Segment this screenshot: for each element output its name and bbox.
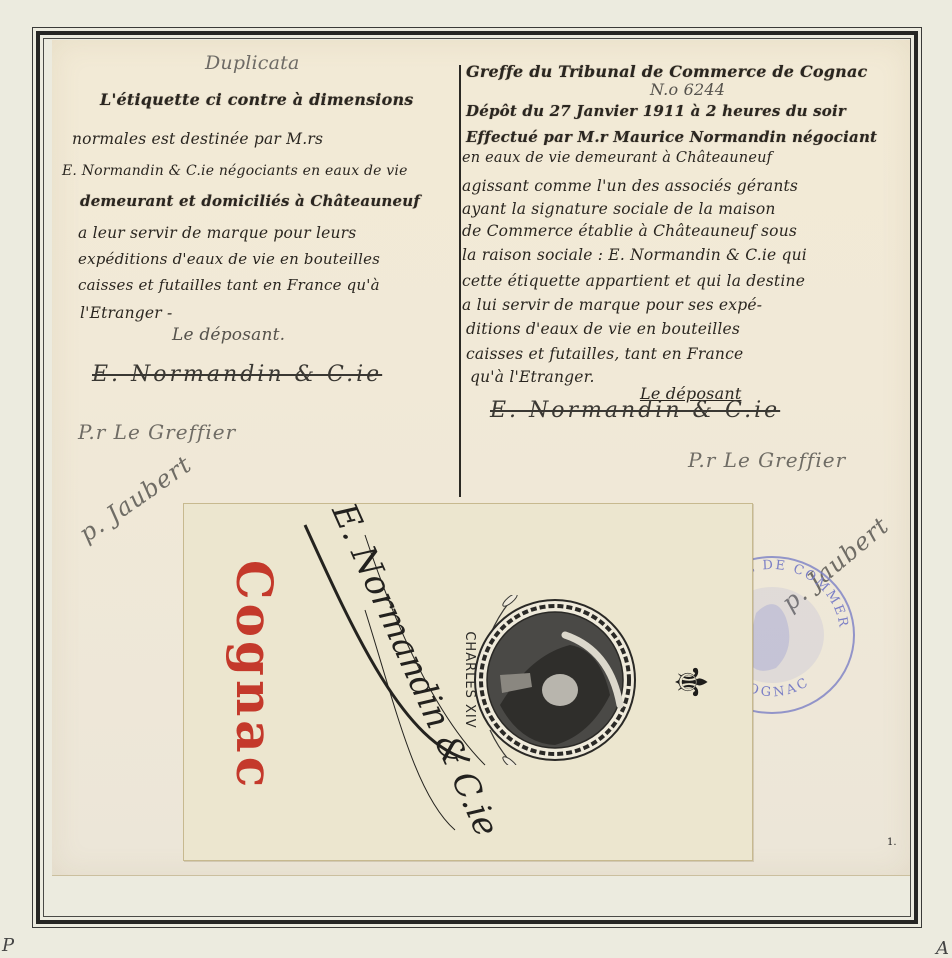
right-line-8: cette étiquette appartient et qui la des… xyxy=(462,272,805,290)
left-depositor-heading: Le déposant. xyxy=(172,325,285,345)
right-line-1: Dépôt du 27 Janvier 1911 à 2 heures du s… xyxy=(466,102,846,120)
right-line-5: ayant la signature sociale de la maison xyxy=(462,200,776,218)
right-line-10: ditions d'eaux de vie en bouteilles xyxy=(466,320,740,338)
duplicata-title: Duplicata xyxy=(205,52,300,74)
column-divider xyxy=(459,65,461,497)
right-line-7: la raison sociale : E. Normandin & C.ie … xyxy=(462,246,807,264)
left-line-1: L'étiquette ci contre à dimensions xyxy=(100,90,413,109)
label-number-mark: 1. xyxy=(887,837,897,848)
right-line-3: en eaux de vie demeurant à Châteauneuf xyxy=(462,150,772,166)
right-line-12: qu'à l'Etranger. xyxy=(470,368,595,386)
left-line-6: expéditions d'eaux de vie en bouteilles xyxy=(78,250,380,268)
deposit-number: N.o 6244 xyxy=(650,80,725,99)
label-product-name: Cognac xyxy=(205,560,305,790)
right-line-9: a lui servir de marque pour ses expé- xyxy=(462,296,762,314)
right-line-11: caisses et futailles, tant en France xyxy=(466,345,743,363)
bottom-right-mark: A xyxy=(936,938,949,958)
left-line-8: l'Etranger - xyxy=(80,304,172,322)
right-line-4: agissant comme l'un des associés gérants xyxy=(462,177,798,195)
left-line-4: demeurant et domiciliés à Châteauneuf xyxy=(80,192,420,210)
left-line-7: caisses et futailles tant en France qu'à xyxy=(78,276,380,294)
registry-header: Greffe du Tribunal de Commerce de Cognac xyxy=(466,62,867,81)
right-clerk-heading: P.r Le Greffier xyxy=(688,448,846,472)
left-clerk-heading: P.r Le Greffier xyxy=(78,420,236,444)
portrait-medallion xyxy=(470,595,640,765)
right-line-6: de Commerce établie à Châteauneuf sous xyxy=(462,222,797,240)
left-line-3: E. Normandin & C.ie négociants en eaux d… xyxy=(62,163,408,179)
left-line-2: normales est destinée par M.rs xyxy=(72,130,323,148)
bottom-left-mark: P xyxy=(2,935,14,956)
right-line-2: Effectué par M.r Maurice Normandin négoc… xyxy=(466,128,877,146)
right-depositor-signature: E. Normandin & C.ie xyxy=(490,398,780,423)
left-depositor-signature: E. Normandin & C.ie xyxy=(92,362,382,387)
left-line-5: a leur servir de marque pour leurs xyxy=(78,224,356,242)
fleur-de-lis-icon: ⚜ xyxy=(655,657,725,707)
